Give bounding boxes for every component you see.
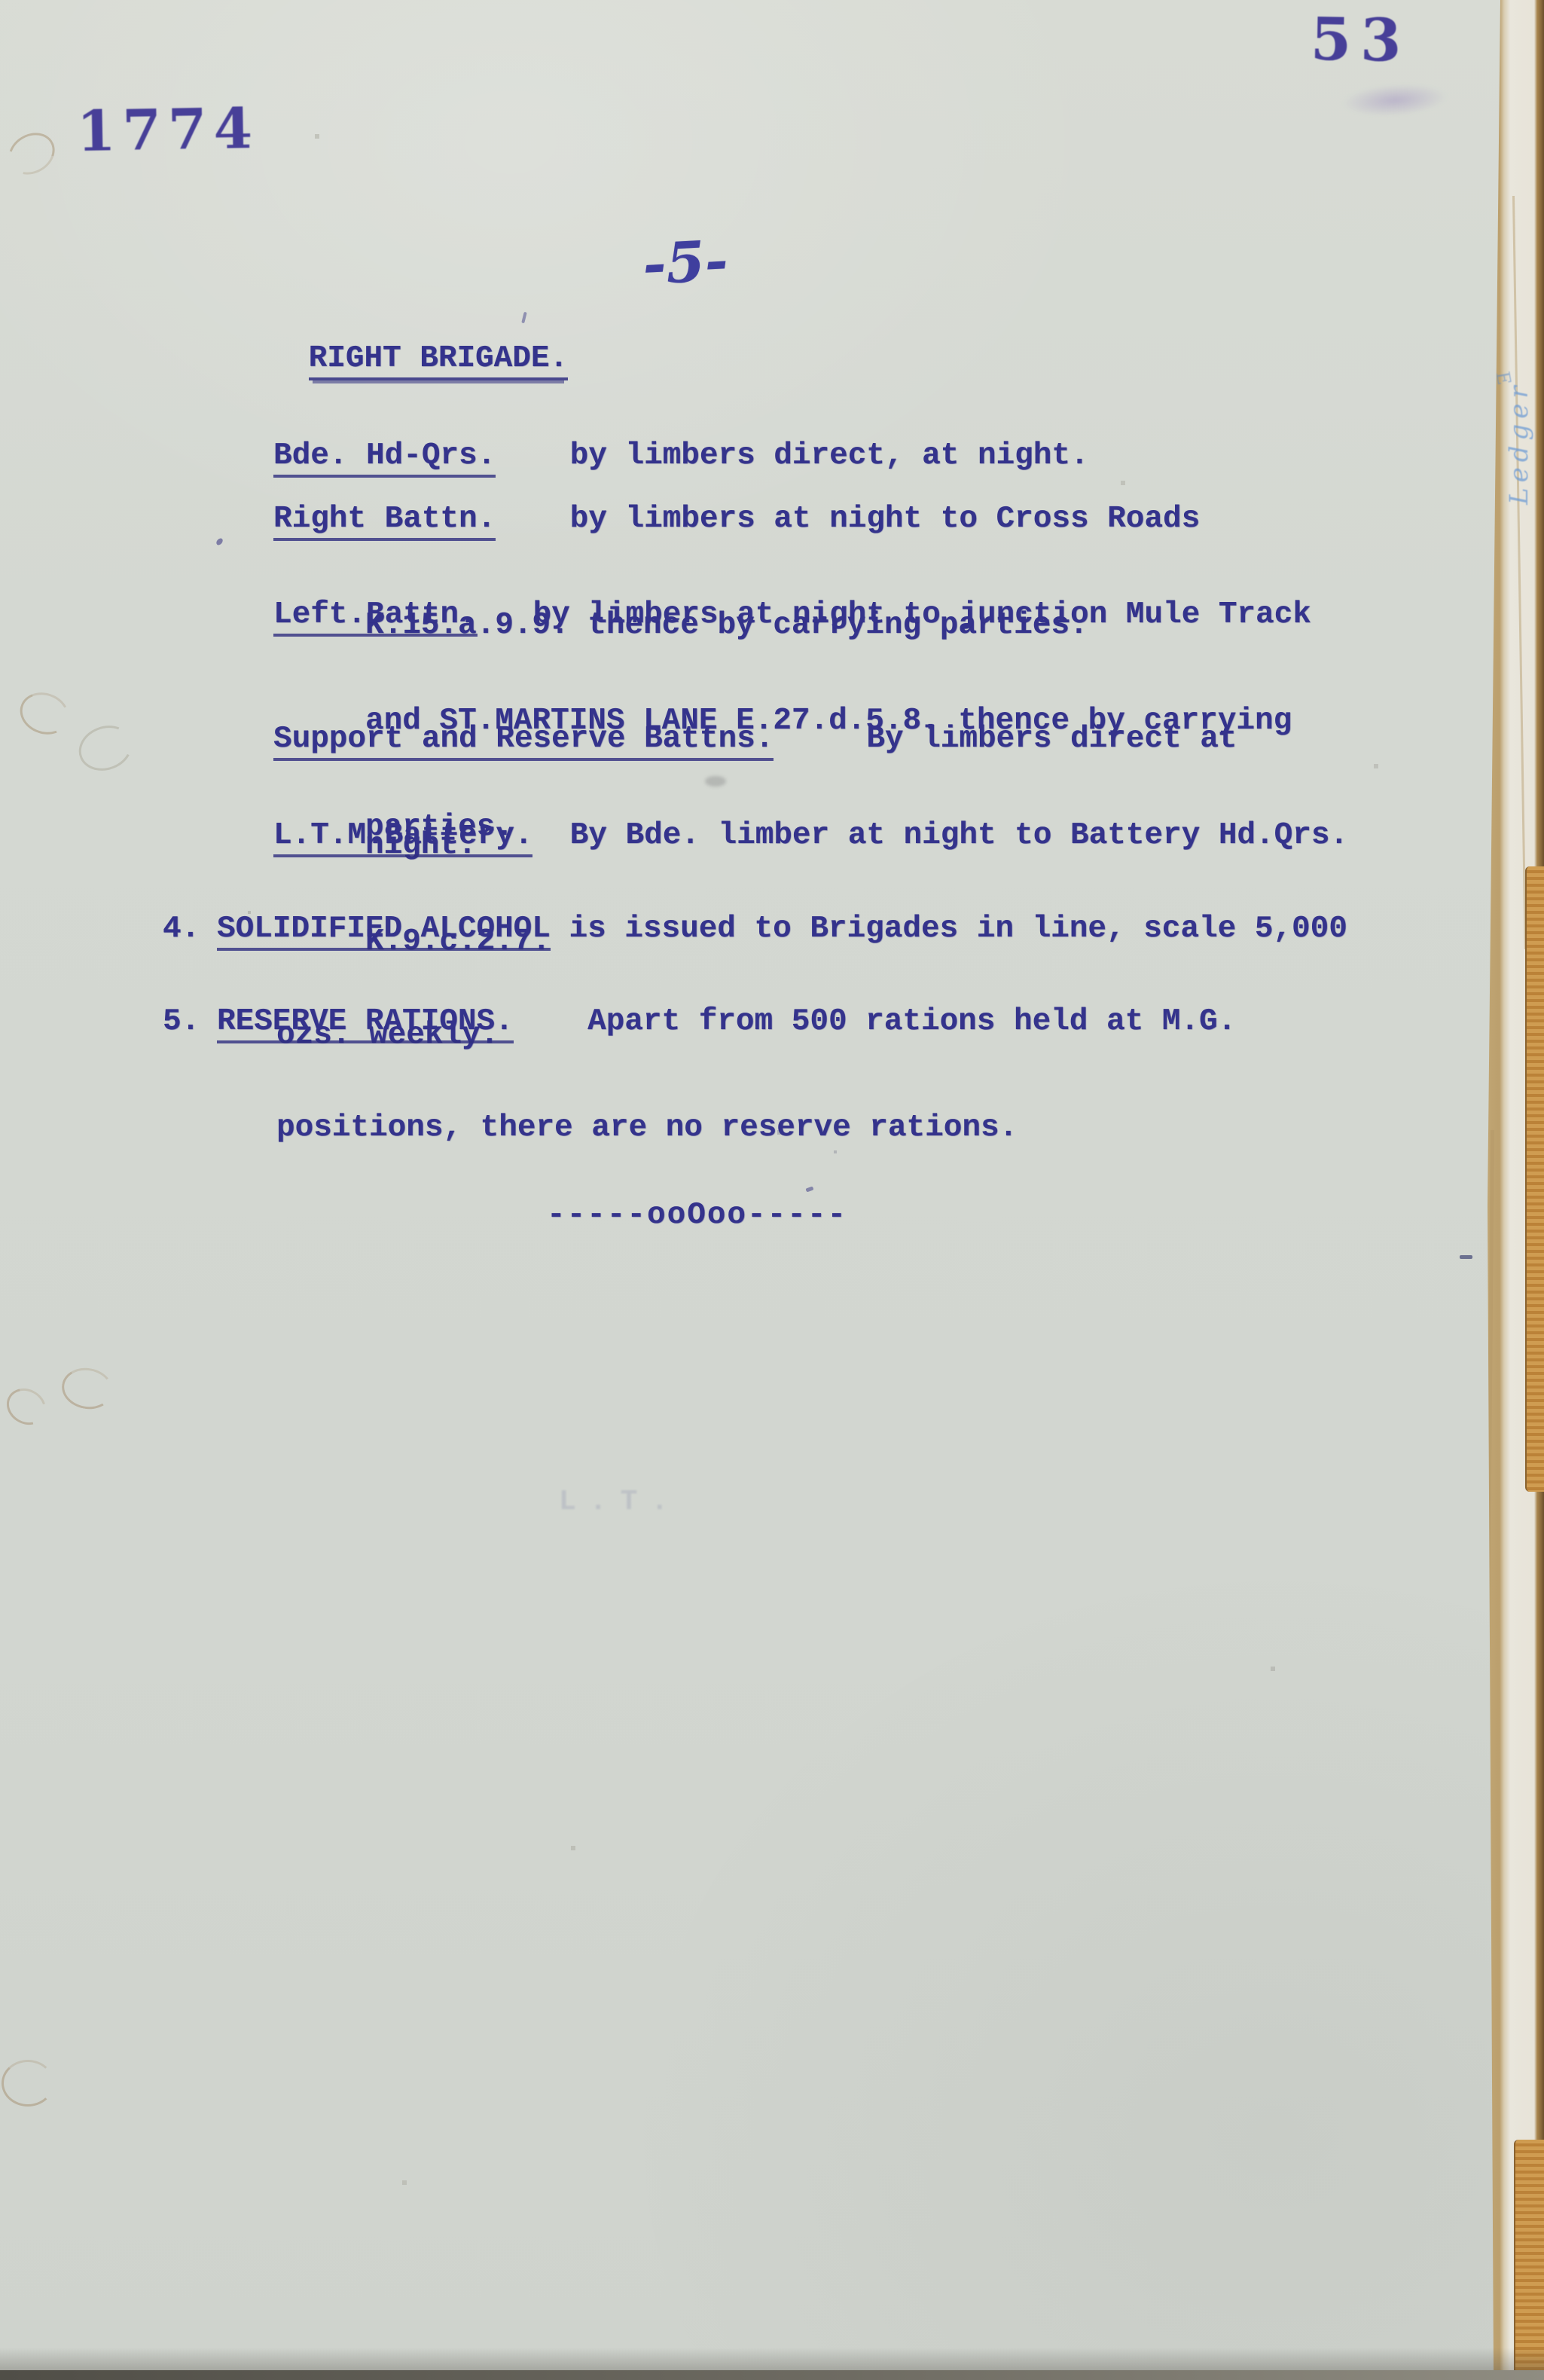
item-line: 5.RESERVE RATIONS. Apart from 500 ration… — [163, 1004, 1236, 1040]
page-bottom-shadow — [0, 2348, 1544, 2370]
punch-hole-mark — [1, 124, 62, 182]
scan-bottom-edge — [0, 2370, 1544, 2380]
scanned-document: Ledger E 1774 53 -5- RIGHT BRIGADE. Bde.… — [0, 0, 1544, 2380]
entry-text: by limbers at night to junction Mule Tra… — [478, 597, 1311, 632]
bleed-through-ghost-text: L.T. — [559, 1486, 682, 1518]
document-page: 1774 53 -5- RIGHT BRIGADE. Bde. Hd-Qrs. … — [0, 0, 1500, 2371]
archive-stamp-number: 1774 — [76, 96, 259, 164]
entry-label: Left.Battn. — [273, 597, 478, 637]
item-reserve-rations: 5.RESERVE RATIONS. Apart from 500 ration… — [163, 933, 1236, 1217]
punch-hole-mark — [59, 1364, 116, 1413]
stamp-ghost-smudge — [1341, 81, 1449, 120]
cardboard-edge — [1525, 866, 1544, 1492]
item-continuation: positions, there are no reserve rations. — [163, 1111, 1236, 1146]
closing-separator: -----ooOoo----- — [547, 1198, 847, 1233]
punch-hole-mark — [2, 2060, 54, 2107]
edge-tab-handwriting: Ledger — [1504, 188, 1534, 505]
ink-speck — [215, 537, 224, 546]
punch-hole-mark — [72, 718, 138, 778]
punch-hole-mark — [0, 1382, 53, 1432]
ink-smudge — [705, 776, 726, 787]
handwritten-page-number: -5- — [593, 226, 777, 300]
item-number: 5. — [163, 1004, 217, 1040]
entry-line: Left.Battn. by limbers at night to junct… — [273, 597, 1311, 633]
ink-speck — [1460, 1255, 1472, 1259]
paper-flecks — [0, 0, 2, 2]
cardboard-edge — [1514, 2140, 1544, 2380]
item-text: Apart from 500 rations held at M.G. — [514, 1004, 1237, 1039]
punch-hole-mark — [14, 686, 75, 741]
item-label: RESERVE RATIONS. — [217, 1004, 514, 1043]
folio-number-stamp: 53 — [1310, 5, 1411, 75]
